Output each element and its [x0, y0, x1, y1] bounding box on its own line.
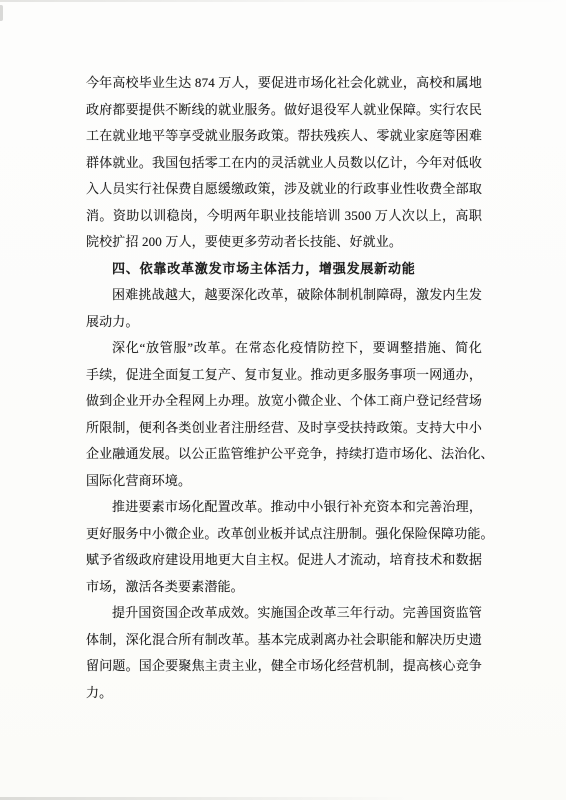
- text-line: 市场，激活各类要素潜能。: [86, 574, 482, 601]
- text-line: 消。资助以训稳岗，今明两年职业技能培训 3500 万人次以上，高职: [86, 203, 482, 230]
- text-line: 留问题。国企要聚焦主责主业，健全市场化经营机制，提高核心竞争: [86, 653, 482, 680]
- text-line: 院校扩招 200 万人，要使更多劳动者长技能、好就业。: [86, 229, 482, 256]
- text-line: 深化“放管服”改革。在常态化疫情防控下，要调整措施、简化: [86, 335, 482, 362]
- text-line: 赋予省级政府建设用地更大自主权。促进人才流动，培育技术和数据: [86, 547, 482, 574]
- scan-edge-top-artifact: [0, 0, 566, 2]
- text-line: 今年高校毕业生达 874 万人，要促进市场化社会化就业，高校和属地: [86, 70, 482, 97]
- text-line: 政府都要提供不断线的就业服务。做好退役军人就业保障。实行农民: [86, 97, 482, 124]
- text-line: 工在就业地平等享受就业服务政策。帮扶残疾人、零就业家庭等困难: [86, 123, 482, 150]
- text-line: 手续，促进全面复工复产、复市复业。推动更多服务事项一网通办，: [86, 362, 482, 389]
- text-line: 提升国资国企改革成效。实施国企改革三年行动。完善国资监管: [86, 600, 482, 627]
- text-line: 力。: [86, 680, 482, 707]
- text-block: 今年高校毕业生达 874 万人，要促进市场化社会化就业，高校和属地政府都要提供不…: [86, 70, 482, 706]
- section-heading: 四、依靠改革激发市场主体活力，增强发展新动能: [86, 256, 482, 283]
- text-line: 更好服务中小微企业。改革创业板并试点注册制。强化保险保障功能。: [86, 521, 482, 548]
- text-line: 展动力。: [86, 309, 482, 336]
- text-line: 企业融通发展。以公正监管维护公平竞争，持续打造市场化、法治化、: [86, 441, 482, 468]
- text-line: 国际化营商环境。: [86, 468, 482, 495]
- text-line: 入人员实行社保费自愿缓缴政策，涉及就业的行政事业性收费全部取: [86, 176, 482, 203]
- text-line: 做到企业开办全程网上办理。放宽小微企业、个体工商户登记经营场: [86, 388, 482, 415]
- text-line: 群体就业。我国包括零工在内的灵活就业人员数以亿计，今年对低收: [86, 150, 482, 177]
- text-line: 困难挑战越大，越要深化改革，破除体制机制障碍，激发内生发: [86, 282, 482, 309]
- document-page: 今年高校毕业生达 874 万人，要促进市场化社会化就业，高校和属地政府都要提供不…: [0, 0, 566, 800]
- text-line: 体制，深化混合所有制改革。基本完成剥离办社会职能和解决历史遗: [86, 627, 482, 654]
- scan-speck-artifact: [0, 5, 3, 21]
- text-line: 推进要素市场化配置改革。推动中小银行补充资本和完善治理，: [86, 494, 482, 521]
- text-line: 所限制，便利各类创业者注册经营、及时享受扶持政策。支持大中小: [86, 415, 482, 442]
